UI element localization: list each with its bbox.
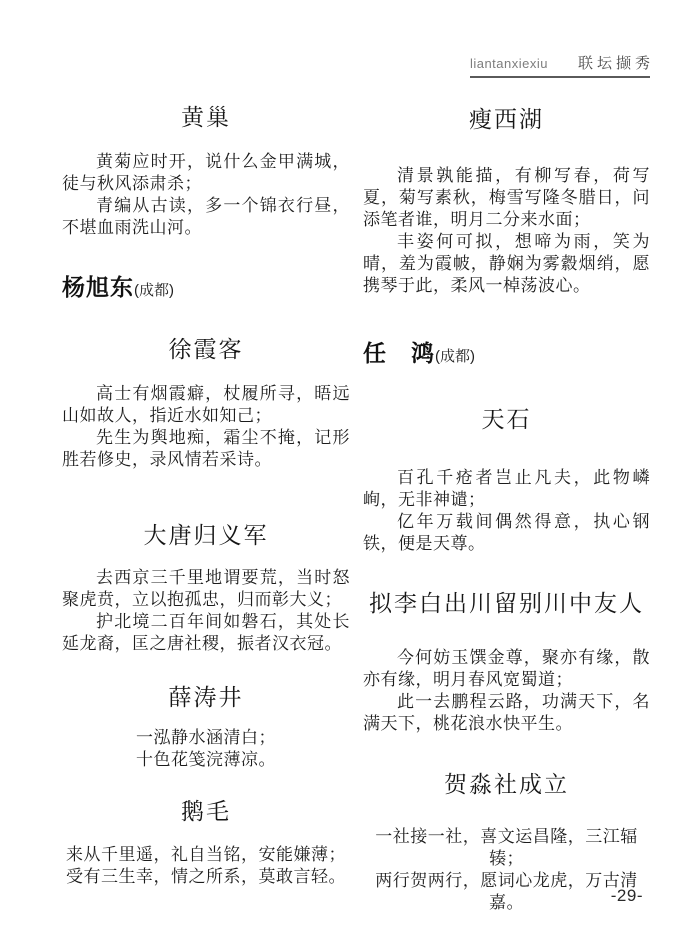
author-heading: 任 鸿(成都) <box>363 338 650 372</box>
right-column: 瘦西湖 清景孰能描，有柳写春，荷写夏，菊写素秋，梅雪写隆冬腊日，问添笔者谁，明月… <box>363 95 650 914</box>
poem-body: 一泓静水涵清白； 十色花笺浣薄凉。 <box>62 727 350 771</box>
poem-line: 两行贺两行，愿词心龙虎，万古清嘉。 <box>363 870 650 914</box>
poem-title: 天石 <box>363 404 650 434</box>
poem-line: 来从千里遥，礼自当铭，安能嫌薄； <box>62 844 350 866</box>
poem-paragraph: 高士有烟霞癖，杖履所寻，晤远山如故人，指近水如知己； <box>62 383 350 427</box>
poem-title: 贺淼社成立 <box>363 769 650 799</box>
poem-paragraph: 先生为舆地痴，霜尘不掩，记形胜若修史，录风情若采诗。 <box>62 427 350 471</box>
poem-title: 拟李白出川留别川中友人 <box>363 588 650 618</box>
poem-paragraph: 青编从古读，多一个锦衣行昼，不堪血雨洗山河。 <box>62 195 350 239</box>
left-column: 黄巢 黄菊应时开，说什么金甲满城，徒与秋风添肃杀； 青编从古读，多一个锦衣行昼，… <box>62 95 350 888</box>
poem-paragraph: 丰姿何可拟，想啼为雨，笑为晴，羞为霞帔，静娴为雾縠烟绡，愿携琴于此，柔风一棹荡波… <box>363 231 650 297</box>
poem-title: 鹅毛 <box>62 796 350 826</box>
poem-body: 一社接一社，喜文运昌隆，三江辐辏； 两行贺两行，愿词心龙虎，万古清嘉。 <box>363 826 650 914</box>
poem-paragraph: 护北境二百年间如磐石，其处长延龙裔，匡之唐社稷，振者汉衣冠。 <box>62 611 350 655</box>
poem-paragraph: 黄菊应时开，说什么金甲满城，徒与秋风添肃杀； <box>62 151 350 195</box>
author-place: (成都) <box>435 348 475 365</box>
book-page: { "header": { "pinyin": "liantanxiexiu",… <box>0 0 700 948</box>
poem-body: 百孔千疮者岂止凡夫，此物嶙峋，无非神谴； 亿年万载间偶然得意，执心钢铁，便是天尊… <box>363 467 650 555</box>
poem-body: 高士有烟霞癖，杖履所寻，晤远山如故人，指近水如知己； 先生为舆地痴，霜尘不掩，记… <box>62 383 350 471</box>
poem-title: 徐霞客 <box>62 334 350 364</box>
poem-line: 一泓静水涵清白； <box>62 727 350 749</box>
poem-line: 十色花笺浣薄凉。 <box>62 749 350 771</box>
poem-body: 去西京三千里地谓要荒，当时怒聚虎贲，立以抱孤忠，归而彰大义； 护北境二百年间如磐… <box>62 567 350 655</box>
poem-body: 黄菊应时开，说什么金甲满城，徒与秋风添肃杀； 青编从古读，多一个锦衣行昼，不堪血… <box>62 151 350 239</box>
author-heading: 杨旭东(成都) <box>62 272 350 306</box>
poem-paragraph: 亿年万载间偶然得意，执心钢铁，便是天尊。 <box>363 511 650 555</box>
poem-line: 一社接一社，喜文运昌隆，三江辐辏； <box>363 826 650 870</box>
poem-title: 瘦西湖 <box>363 104 650 134</box>
page-number: -29- <box>611 886 643 906</box>
poem-paragraph: 去西京三千里地谓要荒，当时怒聚虎贲，立以抱孤忠，归而彰大义； <box>62 567 350 611</box>
poem-body: 来从千里遥，礼自当铭，安能嫌薄； 受有三生幸，情之所系，莫敢言轻。 <box>62 844 350 888</box>
author-name: 任 鸿 <box>363 340 435 366</box>
running-head: liantanxiexiu 联坛撷秀 <box>470 52 650 78</box>
poem-line: 受有三生幸，情之所系，莫敢言轻。 <box>62 866 350 888</box>
poem-title: 黄巢 <box>62 102 350 132</box>
poem-title: 薛涛井 <box>62 682 350 712</box>
poem-paragraph: 百孔千疮者岂止凡夫，此物嶙峋，无非神谴； <box>363 467 650 511</box>
poem-paragraph: 清景孰能描，有柳写春，荷写夏，菊写素秋，梅雪写隆冬腊日，问添笔者谁，明月二分来水… <box>363 165 650 231</box>
author-place: (成都) <box>134 282 174 299</box>
poem-body: 清景孰能描，有柳写春，荷写夏，菊写素秋，梅雪写隆冬腊日，问添笔者谁，明月二分来水… <box>363 165 650 297</box>
poem-body: 今何妨玉馔金尊，聚亦有缘，散亦有缘，明月春风宽蜀道； 此一去鹏程云路，功满天下，… <box>363 647 650 735</box>
poem-title: 大唐归义军 <box>62 520 350 550</box>
running-head-pinyin: liantanxiexiu <box>470 56 548 71</box>
author-name: 杨旭东 <box>62 274 134 300</box>
poem-paragraph: 此一去鹏程云路，功满天下，名满天下，桃花浪水快平生。 <box>363 691 650 735</box>
poem-paragraph: 今何妨玉馔金尊，聚亦有缘，散亦有缘，明月春风宽蜀道； <box>363 647 650 691</box>
running-head-title: 联坛撷秀 <box>578 52 654 73</box>
